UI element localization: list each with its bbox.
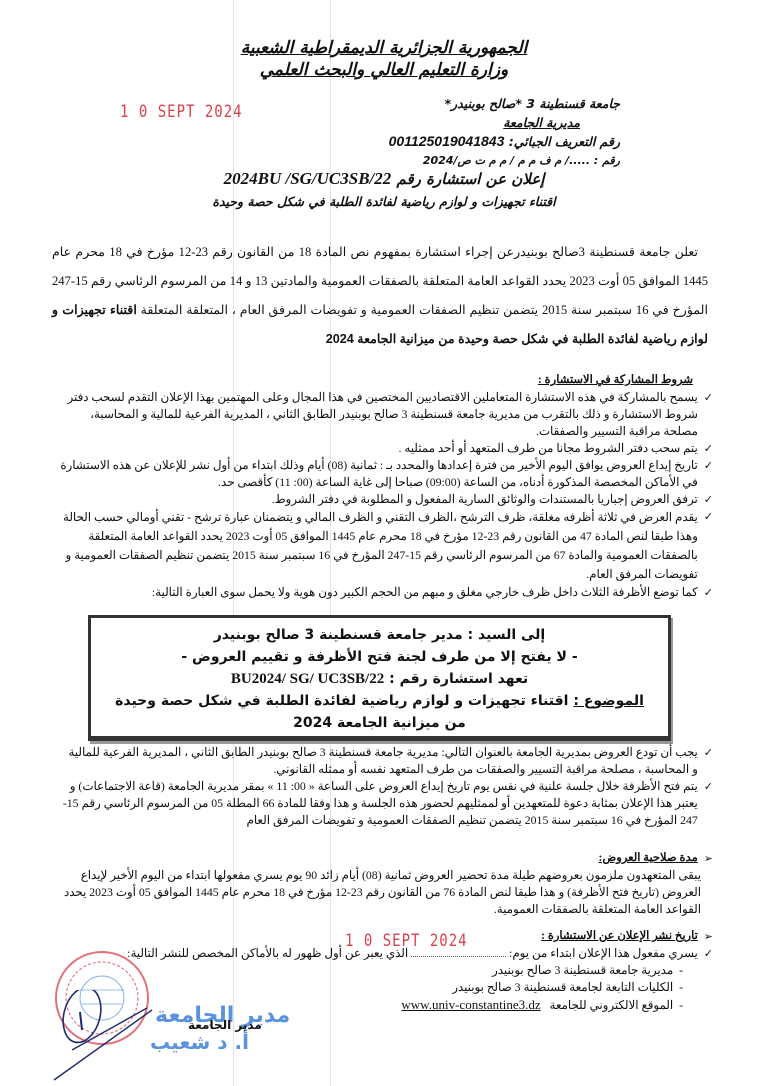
republic-title: الجمهورية الجزائرية الديمقراطية الشعبية (0, 38, 768, 58)
participation-item: ✓ يسمح بالمشاركة في هذه الاستشارة المتعا… (60, 389, 713, 440)
reference-value: ...../ م ف م م / م م ت ص/2024 (423, 154, 590, 167)
intro-paragraph: تعلن جامعة قسنطينة 3صالح بوبنيدرعن إجراء… (52, 238, 708, 354)
reference-row: رقم : ...../ م ف م م / م م ت ص/2024 (220, 151, 620, 170)
handwritten-signature (72, 990, 162, 1080)
university-website-link[interactable]: www.univ-constantine3.dz (401, 997, 540, 1012)
participation-section: شروط المشاركة في الاستشارة : ✓ يسمح بالم… (60, 372, 713, 601)
deposit-section: ✓ يجب أن تودع العروض بمديرية الجامعة بال… (60, 744, 713, 829)
tax-id-row: رقم التعريف الجبائي: 001125019041843 (220, 132, 620, 151)
checkmark-icon: ✓ (704, 778, 713, 795)
intro-text: تعلن جامعة قسنطينة 3صالح بوبنيدرعن إجراء… (52, 245, 708, 317)
envelope-reference: تعهد استشارة رقم : BU2024/ SG/ UC3SB/22 (91, 668, 668, 690)
received-date-stamp: 1 0 SEPT 2024 (120, 102, 243, 121)
checkmark-icon: ✓ (704, 945, 713, 962)
deposit-item: ✓ يجب أن تودع العروض بمديرية الجامعة بال… (60, 744, 713, 778)
tax-id-value: 001125019041843 (389, 133, 505, 149)
deposit-item: ✓ يتم فتح الأظرفة خلال جلسة علنية في نفس… (60, 778, 713, 829)
signature-title: مدير الجامعة (188, 1018, 262, 1032)
participation-item: ✓ كما توضع الأظرفة الثلاث داخل ظرف خارجي… (60, 584, 713, 601)
envelope-budget: من ميزانية الجامعة 2024 (91, 712, 668, 734)
participation-item: ✓ تاريخ إيداع العروض يوافق اليوم الأخير … (60, 457, 713, 491)
arrow-bullet-icon: ➢ (704, 850, 713, 867)
envelope-do-not-open: - لا يفتح إلا من طرف لجنة فتح الأظرفة و … (91, 646, 668, 668)
signature-icon (52, 990, 162, 1085)
tax-id-label: رقم التعريف الجبائي: (509, 134, 620, 149)
announcement-code: 2024BU /SG/UC3SB/22 (224, 169, 392, 188)
directorate-name: مديرية الجامعة (220, 113, 620, 132)
validity-title: مدة صلاحية العروض: (60, 850, 698, 867)
checkmark-icon: ✓ (704, 457, 713, 474)
participation-item: ✓ يتم سحب دفتر الشروط مجانا من طرف المتع… (60, 440, 713, 457)
announcement-title-ar: إعلان عن استشارة رقم (397, 170, 545, 188)
announcement-subject: اقتناء تجهيزات و لوازم رياضية لفائدة الط… (0, 194, 768, 209)
checkmark-icon: ✓ (704, 389, 713, 406)
participation-item: ✓ ترفق العروض إجباريا بالمستندات والوثائ… (60, 491, 713, 508)
checkmark-icon: ✓ (704, 584, 713, 601)
validity-text: يبقى المتعهدون ملزمون بعروضهم طيلة مدة ت… (60, 867, 713, 918)
validity-section: ➢ مدة صلاحية العروض: يبقى المتعهدون ملزم… (60, 850, 713, 918)
checkmark-icon: ✓ (704, 440, 713, 457)
announcement-title: إعلان عن استشارة رقم 2024BU /SG/UC3SB/22 (0, 169, 768, 189)
publication-date-stamp: 1 0 SEPT 2024 (345, 931, 468, 950)
director-name-stamp: أ. د شعيب (150, 1030, 249, 1054)
document-page: الجمهورية الجزائرية الديمقراطية الشعبية … (0, 0, 768, 1086)
envelope-label-box: إلى السيد : مدير جامعة قسنطينة 3 صالح بو… (88, 615, 671, 741)
arrow-bullet-icon: ➢ (704, 928, 713, 945)
university-header: جامعة قسنطينة 3 *صالح بوبنيدر* مديرية ال… (220, 94, 620, 170)
reference-label: رقم : (594, 154, 620, 167)
participation-title: شروط المشاركة في الاستشارة : (60, 372, 713, 389)
checkmark-icon: ✓ (704, 508, 713, 525)
envelope-subject: الموضوع : اقتناء تجهيزات و لوازم رياضية … (91, 690, 668, 712)
envelope-addressee: إلى السيد : مدير جامعة قسنطينة 3 صالح بو… (91, 624, 668, 646)
checkmark-icon: ✓ (704, 491, 713, 508)
university-name: جامعة قسنطينة 3 *صالح بوبنيدر* (220, 94, 620, 113)
checkmark-icon: ✓ (704, 744, 713, 761)
participation-item: ✓ يقدم العرض في ثلاثة أظرفه مغلقة، ظرف ا… (60, 508, 713, 584)
ministry-title: وزارة التعليم العالي والبحث العلمي (0, 60, 768, 80)
